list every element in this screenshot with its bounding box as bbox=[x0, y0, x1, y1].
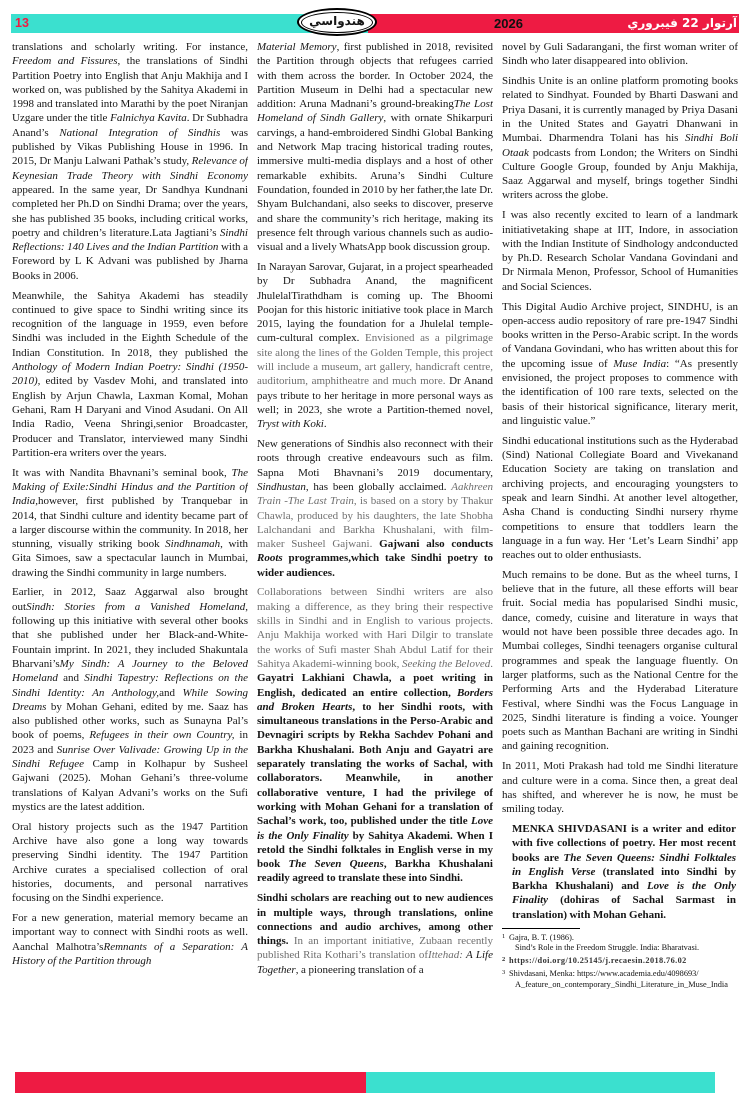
footer-bar-red bbox=[15, 1072, 366, 1093]
footnote-number: 3 bbox=[502, 969, 505, 978]
footnote-text: A_feature_on_contemporary_Sindhi_Literat… bbox=[509, 980, 738, 991]
footnote-number: 2 bbox=[502, 956, 506, 965]
paragraph-new-audiences: Sindhi scholars are reaching out to new … bbox=[257, 891, 493, 977]
article-column-2: Material Memory, first published in 2018… bbox=[257, 40, 493, 1068]
masthead-title: هندواسي bbox=[309, 15, 365, 27]
footnote-text: Gajra, B. T. (1986). bbox=[509, 933, 738, 944]
paragraph-material-memory-intro: For a new generation, material memory be… bbox=[12, 911, 248, 968]
paragraph-film: New generations of Sindhis also reconnec… bbox=[257, 437, 493, 580]
article-body: translations and scholarly writing. For … bbox=[12, 40, 738, 1068]
paragraph-sindhis-unite: Sindhis Unite is an online platform prom… bbox=[502, 74, 738, 203]
masthead-inner-oval: هندواسي bbox=[301, 12, 373, 33]
footnote-text: https://doi.org/10.25145/j.recaesin.2018… bbox=[509, 956, 738, 967]
paragraph-moti-prakash: In 2011, Moti Prakash had told me Sindhi… bbox=[502, 759, 738, 816]
footnote-2: 2https://doi.org/10.25145/j.recaesin.201… bbox=[502, 956, 738, 967]
paragraph-jhulelal-tirathdham: In Narayan Sarovar, Gujarat, in a projec… bbox=[257, 260, 493, 432]
paragraph-iit-indore: I was also recently excited to learn of … bbox=[502, 208, 738, 294]
paragraph-partition-museum: Material Memory, first published in 2018… bbox=[257, 40, 493, 254]
footnotes: 1Gajra, B. T. (1986).Sind’s Role in the … bbox=[502, 933, 738, 992]
paragraph-sindhu-archive: This Digital Audio Archive project, SIND… bbox=[502, 300, 738, 429]
masthead-logo: هندواسي bbox=[297, 8, 377, 36]
footnote-text: Sind’s Role in the Freedom Struggle. Ind… bbox=[509, 943, 738, 954]
edition-year: 2026 bbox=[494, 15, 523, 32]
paragraph-translations: translations and scholarly writing. For … bbox=[12, 40, 248, 283]
article-column-1: translations and scholarly writing. For … bbox=[12, 40, 248, 1068]
footnote-number: 1 bbox=[502, 933, 505, 942]
footnote-3: 3Shivdasani, Menka: https://www.academia… bbox=[502, 969, 738, 991]
edition-date: آرتوار 22 فيبروري bbox=[627, 14, 737, 33]
footnote-divider bbox=[502, 928, 580, 929]
paragraph-partition-archive: Oral history projects such as the 1947 P… bbox=[12, 820, 248, 906]
article-column-3: novel by Guli Sadarangani, the first wom… bbox=[502, 40, 738, 1068]
footnote-1: 1Gajra, B. T. (1986).Sind’s Role in the … bbox=[502, 933, 738, 955]
page-number: 13 bbox=[15, 15, 29, 32]
paragraph-much-remains: Much remains to be done. But as the whee… bbox=[502, 568, 738, 754]
paragraph-guli-sadarangani: novel by Guli Sadarangani, the first wom… bbox=[502, 40, 738, 69]
author-bio: MENKA SHIVDASANI is a writer and editor … bbox=[502, 822, 738, 922]
paragraph-collaborations: Collaborations between Sindhi writers ar… bbox=[257, 585, 493, 885]
paragraph-education: Sindhi educational institutions such as … bbox=[502, 434, 738, 563]
paragraph-making-of-exile: It was with Nandita Bhavnani’s seminal b… bbox=[12, 466, 248, 580]
footer-bar-teal bbox=[366, 1072, 715, 1093]
paragraph-sahitya-akademi: Meanwhile, the Sahitya Akademi has stead… bbox=[12, 289, 248, 461]
footnote-text: Shivdasani, Menka: https://www.academia.… bbox=[509, 969, 738, 980]
paragraph-saaz-aggarwal: Earlier, in 2012, Saaz Aggarwal also bro… bbox=[12, 585, 248, 814]
